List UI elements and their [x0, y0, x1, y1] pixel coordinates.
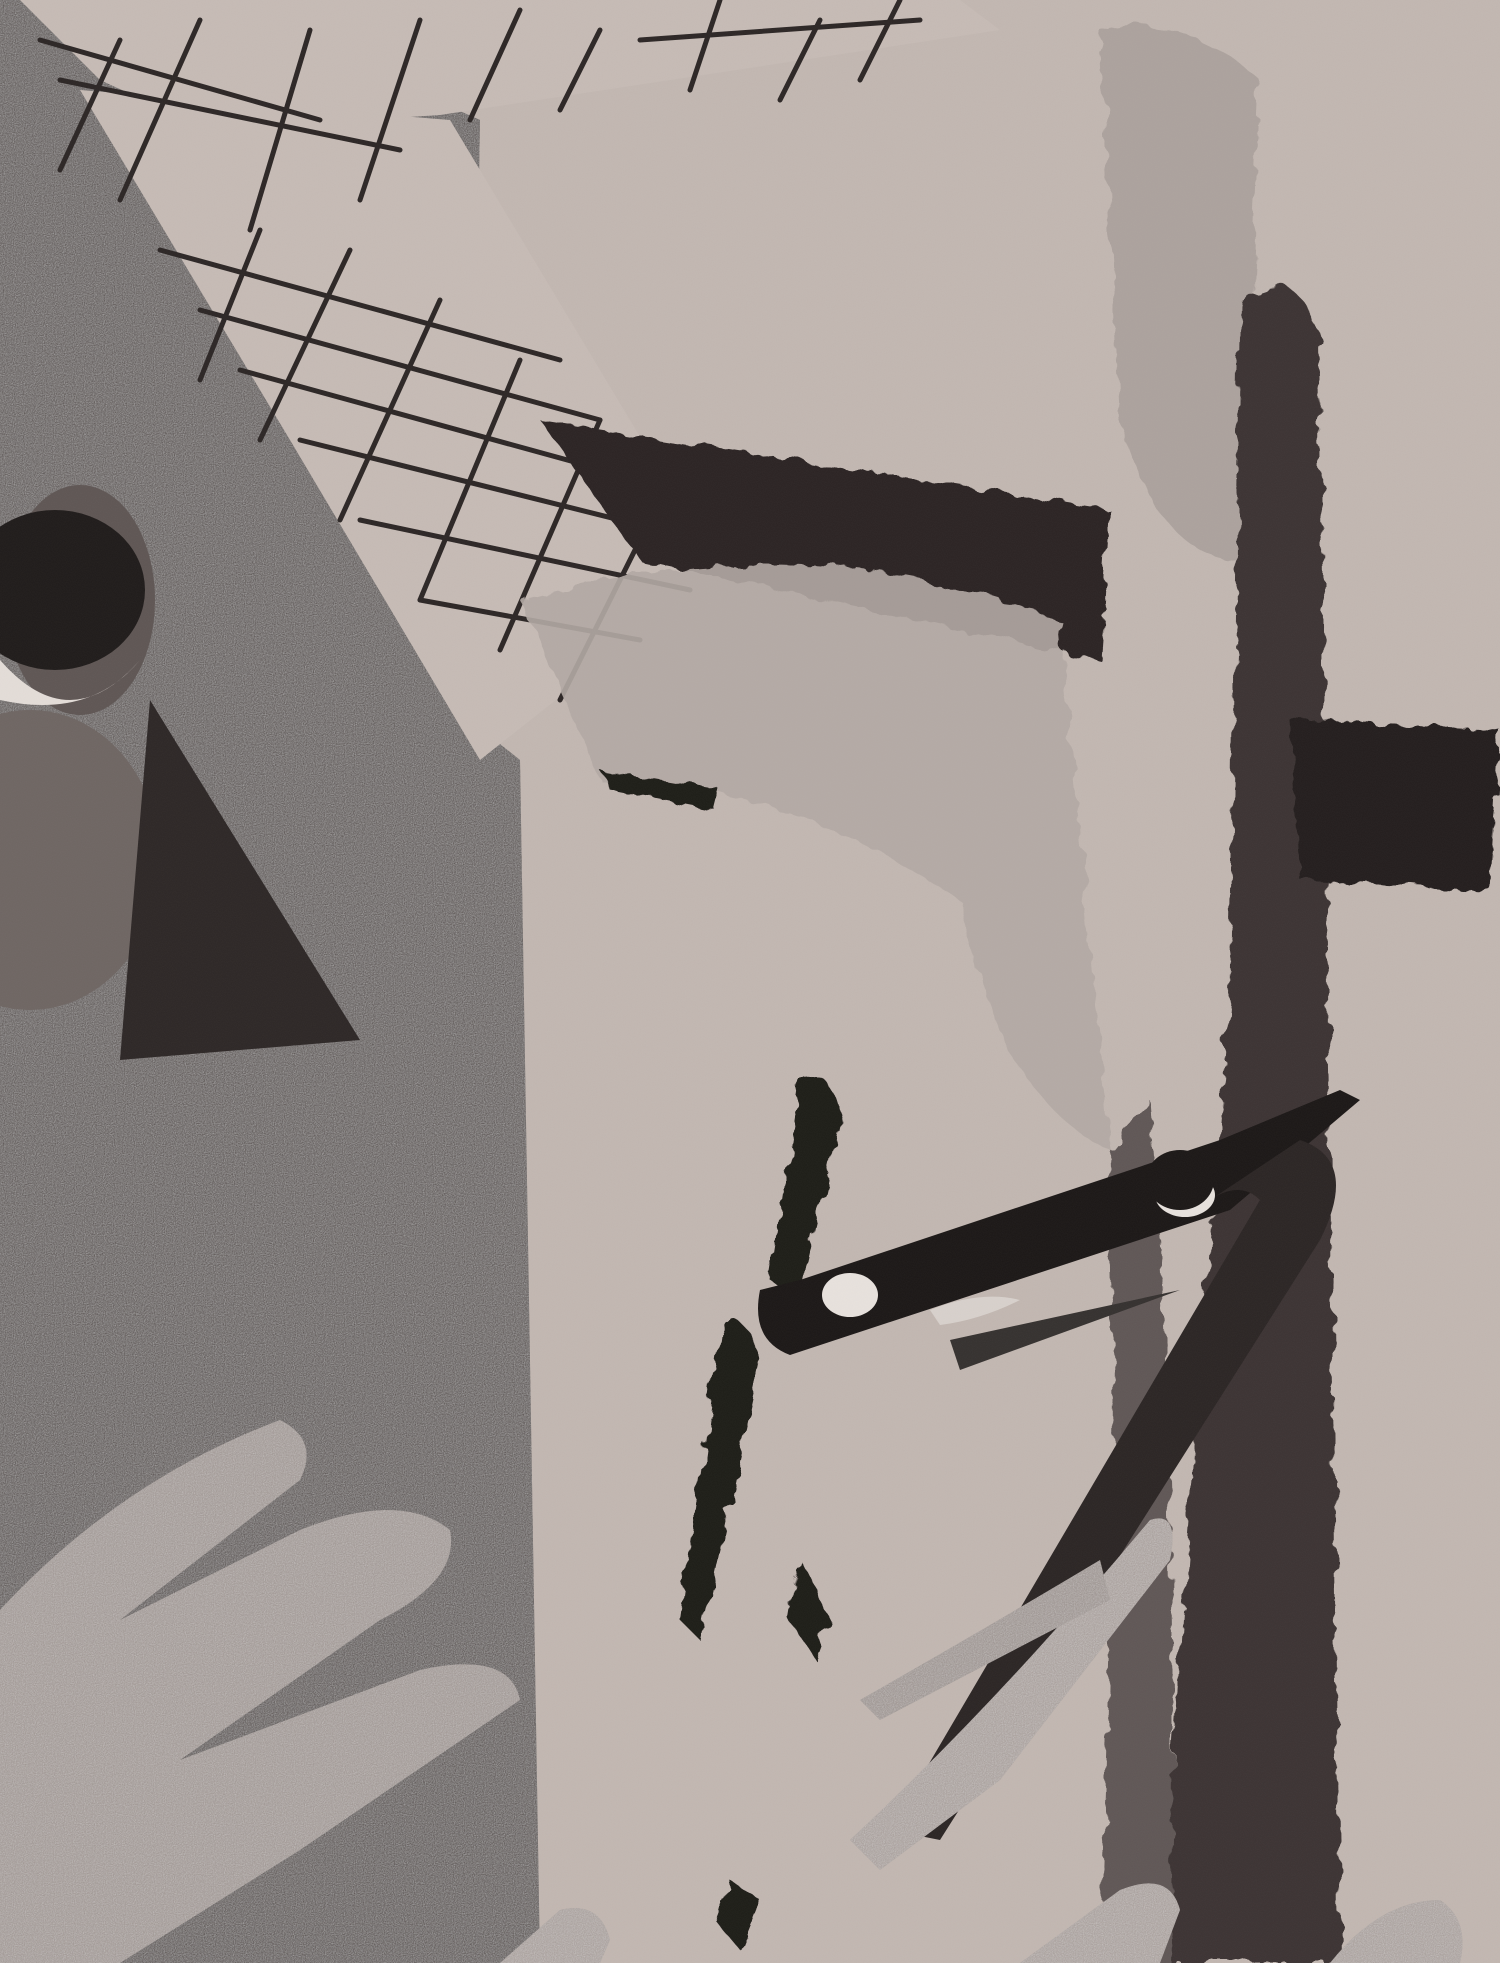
paper-grain [0, 0, 1500, 1963]
collage-artwork [0, 0, 1500, 1963]
collage-photo: Abstract black-and-grey collage: speckle… [0, 0, 1500, 1963]
